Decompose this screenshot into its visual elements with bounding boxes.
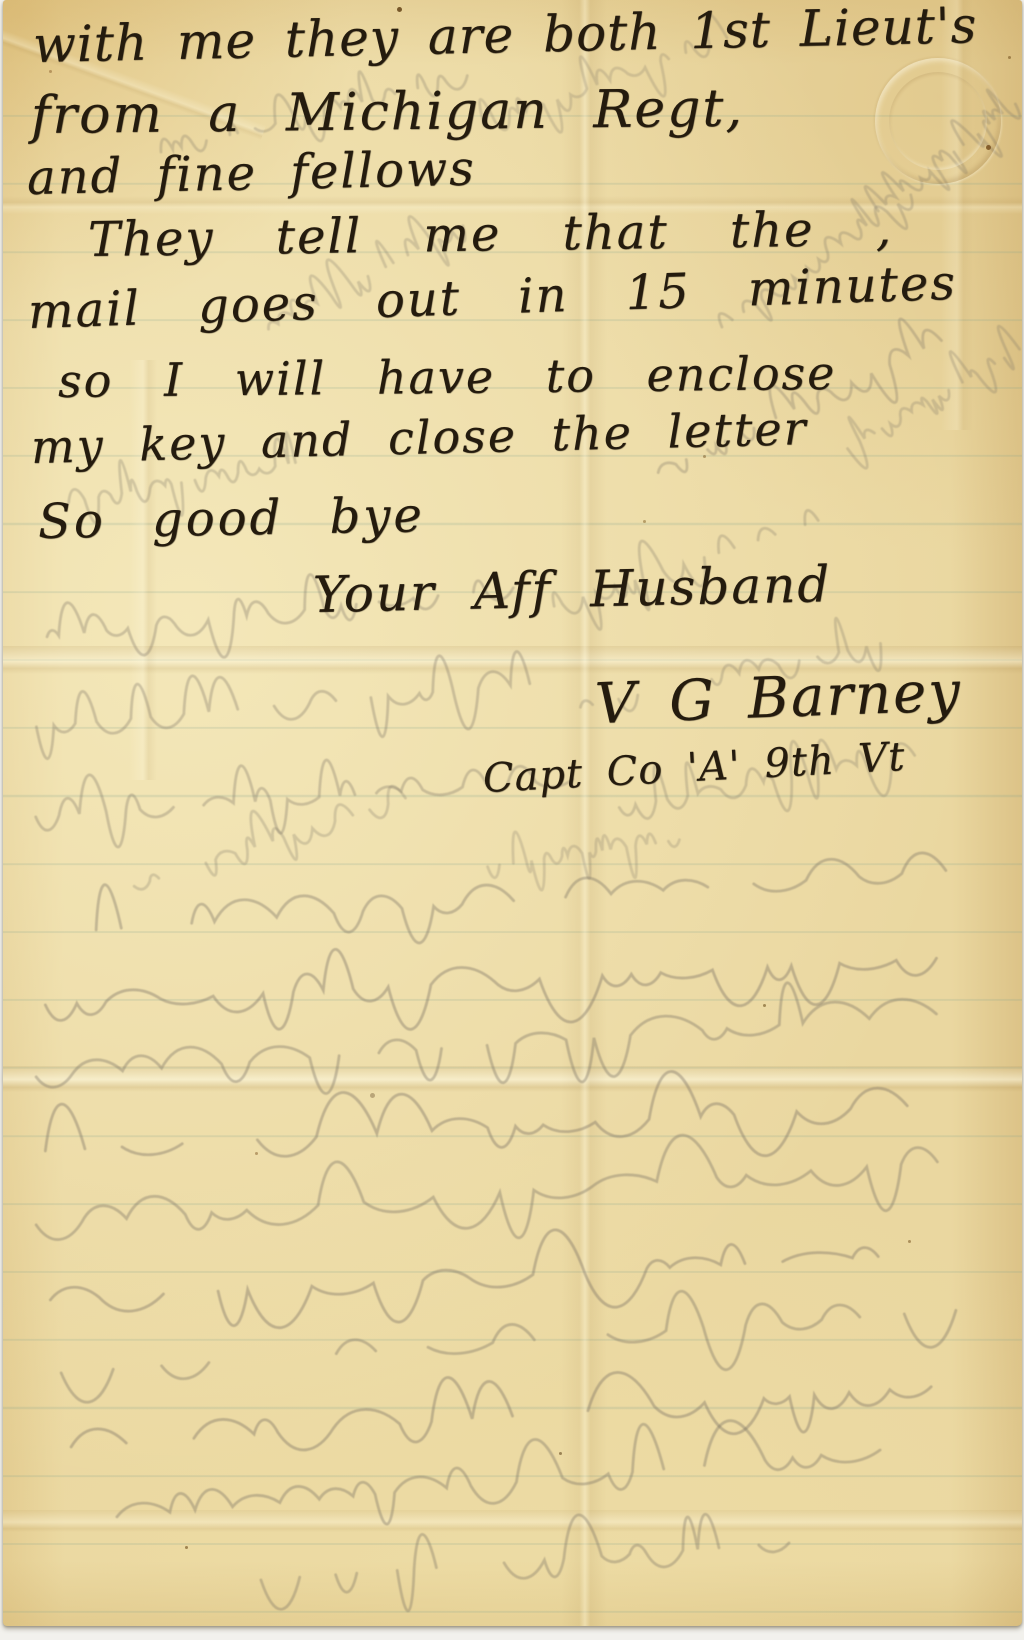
signature-rank-unit: Capt Co 'A' 9th Vt	[482, 734, 907, 802]
scanned-letter: with me they are both 1st Lieut's from a…	[0, 0, 1024, 1640]
letter-line: so I will have to enclose	[58, 346, 837, 408]
letter-text: with me they are both 1st Lieut's from a…	[3, 0, 1022, 1626]
signature: V G Barney	[594, 659, 963, 737]
letter-line: and fine fellows	[26, 141, 476, 206]
letter-page: with me they are both 1st Lieut's from a…	[3, 0, 1022, 1626]
letter-line: So good bye	[38, 487, 426, 550]
letter-line: They tell me that the ,	[88, 201, 894, 268]
letter-line: my key and close the letter	[30, 401, 808, 474]
letter-line: with me they are both 1st Lieut's	[32, 0, 977, 74]
letter-line: from a Michigan Regt,	[31, 79, 744, 146]
letter-line: mail goes out in 15 minutes	[27, 255, 958, 340]
letter-closing: Your Aff Husband	[312, 555, 831, 624]
